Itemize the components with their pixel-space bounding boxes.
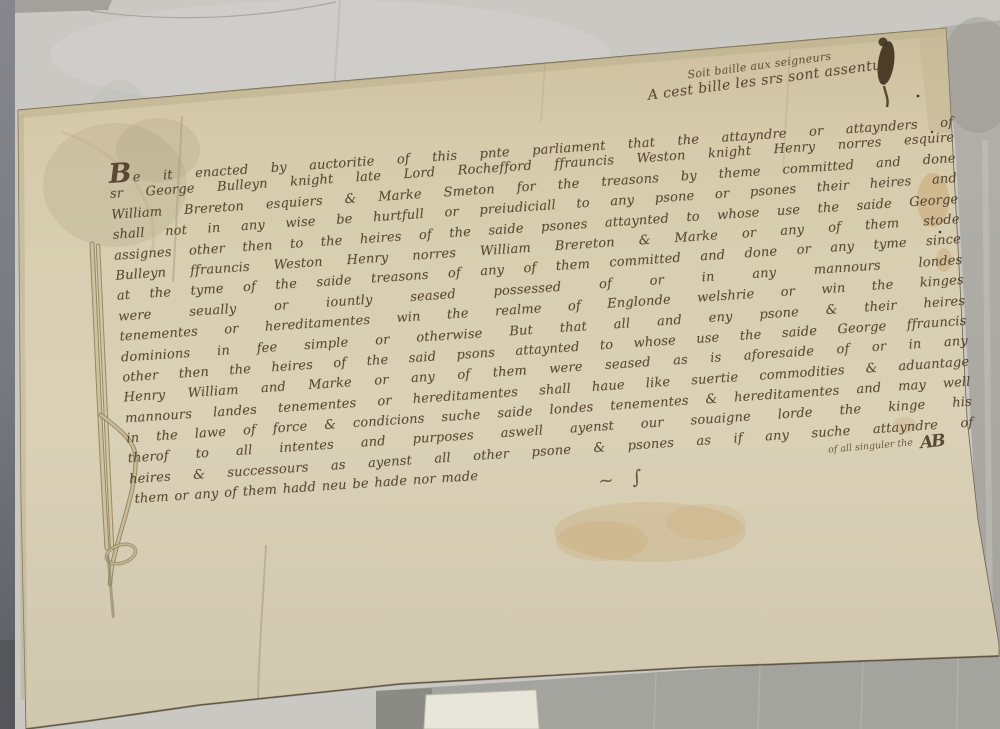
backdrop-strip — [0, 0, 15, 729]
clerk-paraph: AB — [919, 431, 945, 453]
paper-slip — [424, 690, 539, 729]
manuscript-photograph: Soit baille aux seigneurs A cest bille l… — [0, 0, 1000, 729]
